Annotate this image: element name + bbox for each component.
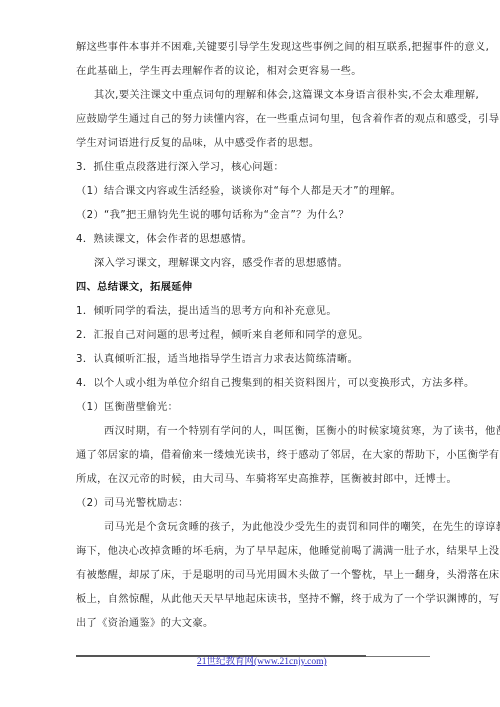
text-line: 有被憋醒，却尿了床，于是聪明的司马光用圆木头做了一个警枕，早上一翻身，头滑落在床 xyxy=(76,569,500,582)
document-page: 解这些事件本事并不困难,关键要引导学生发现这些事例之间的相互联系,把握事件的意义… xyxy=(0,0,500,707)
text-line: 3．抓住重点段落进行深入学习，核心问题： xyxy=(76,161,284,174)
text-line: （1）匡衡凿壁偷光： xyxy=(76,401,178,414)
text-line: 所成，在汉元帝的时候，由大司马、车骑将军史高推荐，匡衡被封郎中，迁博士。 xyxy=(76,473,457,486)
text-line: 学生对词语进行反复的品味，从中感受作者的思想。 xyxy=(76,137,320,150)
text-line: （2）司马光警枕励志： xyxy=(76,497,189,510)
text-line: 板上，自然惊醒，从此他天天早早地起床读书，坚持不懈，终于成为了一个学识渊博的，写 xyxy=(76,593,500,606)
section-heading: 四、总结课文，拓展延伸 xyxy=(76,281,192,294)
text-line: 应鼓励学生通过自己的努力读懂内容，在一些重点词句里，包含着作者的观点和感受，引导 xyxy=(76,113,500,126)
text-line: 在此基础上，学生再去理解作者的议论，相对会更容易一些。 xyxy=(76,65,362,78)
text-line: 其次,要关注课文中重点词句的理解和体会,这篇课文本身语言很朴实,不会太难理解, xyxy=(94,89,479,102)
text-line: （1）结合课文内容或生活经验，谈谈你对“每个人都是天才”的理解。 xyxy=(76,185,401,198)
text-line: 深入学习课文，理解课文内容，感受作者的思想感情。 xyxy=(94,257,348,270)
text-line: 3．认真倾听汇报，适当地指导学生语言力求表达简练清晰。 xyxy=(76,353,358,366)
text-line: 解这些事件本事并不困难,关键要引导学生发现这些事例之间的相互联系,把握事件的意义… xyxy=(76,41,489,54)
text-line: 1．倾听同学的看法，提出适当的思考方向和补充意见。 xyxy=(76,305,337,318)
text-line: 2．汇报自己对问题的思考过程，倾听来自老师和同学的意见。 xyxy=(76,329,369,342)
text-line: 出了《资治通鉴》的大文豪。 xyxy=(76,617,214,630)
text-line: 诲下，他决心改掉贪睡的坏毛病，为了早早起床，他睡觉前喝了满满一肚子水，结果早上没 xyxy=(76,545,500,558)
text-line: 4．以个人或小组为单位介绍自己搜集到的相关资料图片，可以变换形式，方法多样。 xyxy=(76,377,475,390)
text-line: （2）“我”把王鼎钧先生说的哪句话称为“金言”？为什么？ xyxy=(76,209,349,222)
text-line: 通了邻居家的墙，借着偷来一缕烛光读书，终于感动了邻居，在大家的帮助下，小匡衡学有 xyxy=(76,449,500,462)
footer-source-link[interactable]: 21世纪教育网(www.21cnjy.com) xyxy=(197,653,327,667)
text-line: 司马光是个贪玩贪睡的孩子，为此他没少受先生的责罚和同伴的嘲笑，在先生的谆谆教 xyxy=(104,521,500,534)
text-line: 4．熟读课文，体会作者的思想感情。 xyxy=(76,233,252,246)
text-line: 西汉时期，有一个特别有学问的人，叫匡衡，匡衡小的时候家境贫寒，为了读书，他凿 xyxy=(104,425,500,438)
